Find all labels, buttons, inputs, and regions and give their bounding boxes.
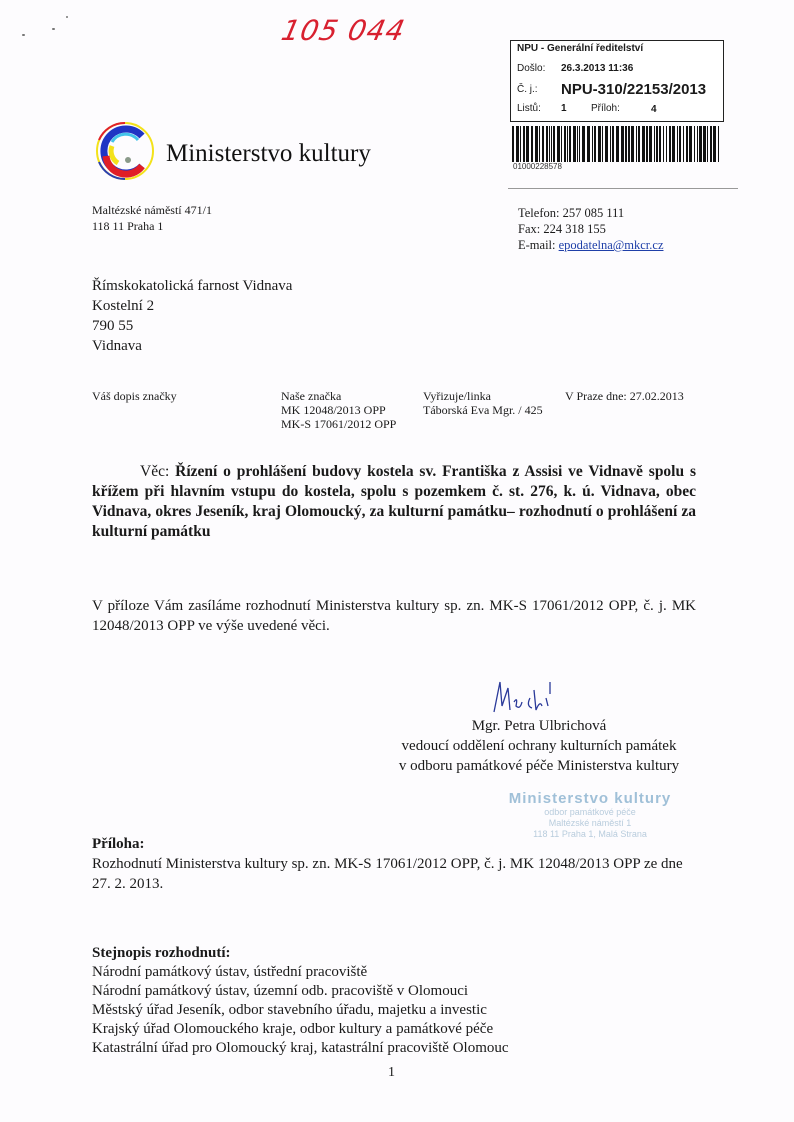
subject-label: Věc: <box>140 463 169 480</box>
fax: Fax: 224 318 155 <box>518 221 664 237</box>
handled-by-value: Táborská Eva Mgr. / 425 <box>423 403 543 417</box>
ministry-address: Maltézské náměstí 471/1 118 11 Praha 1 <box>92 202 212 234</box>
ref-label: Č. j.: <box>517 84 538 95</box>
address-line: Maltézské náměstí 471/1 <box>92 202 212 218</box>
handwritten-signature-icon <box>480 676 560 716</box>
our-ref: Naše značka MK 12048/2013 OPP MK-S 17061… <box>281 389 396 431</box>
stamp-organization: NPU - Generální ředitelství <box>517 43 643 54</box>
handwritten-registry-number: 105 044 <box>278 14 408 47</box>
subject: Věc: Řízení o prohlášení budovy kostela … <box>92 462 696 542</box>
received-value: 26.3.2013 11:36 <box>561 63 633 74</box>
email-link[interactable]: epodatelna@mkcr.cz <box>559 238 664 252</box>
handled-by-label: Vyřizuje/linka <box>423 389 543 403</box>
copy-recipient: Národní památkový ústav, ústřední pracov… <box>92 963 509 982</box>
phone: Telefon: 257 085 111 <box>518 205 664 221</box>
scan-speck <box>22 34 25 36</box>
copies-section: Stejnopis rozhodnutí: Národní památkový … <box>92 944 509 1058</box>
email-line: E-mail: epodatelna@mkcr.cz <box>518 237 664 253</box>
recipient-street: Kostelní 2 <box>92 296 292 316</box>
stamp-title: Ministerstvo kultury <box>490 790 690 807</box>
official-ink-stamp: Ministerstvo kultury odbor památkové péč… <box>490 790 690 840</box>
copy-recipient: Národní památkový ústav, územní odb. pra… <box>92 982 509 1001</box>
scan-speck <box>52 28 55 30</box>
ministry-logo-icon <box>94 120 156 182</box>
ref-number: NPU-310/22153/2013 <box>561 81 706 98</box>
recipient-city: Vidnava <box>92 336 292 356</box>
copy-recipient: Městský úřad Jeseník, odbor stavebního ú… <box>92 1001 509 1020</box>
recipient-address: Římskokatolická farnost Vidnava Kostelní… <box>92 276 292 356</box>
attachments-value: 4 <box>651 104 657 115</box>
your-ref-label: Váš dopis značky <box>92 389 177 403</box>
scan-speck <box>66 16 68 18</box>
sheets-label: Listů: <box>517 103 541 114</box>
ministry-name: Ministerstvo kultury <box>166 140 371 168</box>
signatory: Mgr. Petra Ulbrichová vedoucí oddělení o… <box>356 716 722 776</box>
signatory-name: Mgr. Petra Ulbrichová <box>356 716 722 736</box>
our-ref-label: Naše značka <box>281 389 396 403</box>
attachments-label: Příloh: <box>591 103 620 114</box>
registry-stamp: NPU - Generální ředitelství Došlo: 26.3.… <box>510 40 724 122</box>
handled-by: Vyřizuje/linka Táborská Eva Mgr. / 425 <box>423 389 543 417</box>
letter-body: V příloze Vám zasíláme rozhodnutí Minist… <box>92 596 696 636</box>
stamp-line: Maltézské náměstí 1 <box>490 818 690 829</box>
ministry-contact: Telefon: 257 085 111 Fax: 224 318 155 E-… <box>518 205 664 253</box>
received-label: Došlo: <box>517 63 545 74</box>
divider <box>508 188 738 189</box>
sheets-value: 1 <box>561 103 567 114</box>
attachment-heading: Příloha: <box>92 834 702 854</box>
address-line: 118 11 Praha 1 <box>92 218 212 234</box>
barcode-number: 01000228578 <box>513 162 562 171</box>
email-label: E-mail: <box>518 238 559 252</box>
copy-recipient: Katastrální úřad pro Olomoucký kraj, kat… <box>92 1039 509 1058</box>
recipient-zip: 790 55 <box>92 316 292 336</box>
signatory-position: vedoucí oddělení ochrany kulturních pamá… <box>356 736 722 756</box>
recipient-name: Římskokatolická farnost Vidnava <box>92 276 292 296</box>
place-date: V Praze dne: 27.02.2013 <box>565 389 684 403</box>
our-ref-1: MK 12048/2013 OPP <box>281 403 396 417</box>
attachment-section: Příloha: Rozhodnutí Ministerstva kultury… <box>92 834 702 894</box>
attachment-text: Rozhodnutí Ministerstva kultury sp. zn. … <box>92 854 702 894</box>
copy-recipient: Krajský úřad Olomouckého kraje, odbor ku… <box>92 1020 509 1039</box>
page-number: 1 <box>388 1065 395 1081</box>
barcode <box>512 126 722 162</box>
stamp-line: odbor památkové péče <box>490 807 690 818</box>
copies-heading: Stejnopis rozhodnutí: <box>92 944 509 963</box>
subject-text: Řízení o prohlášení budovy kostela sv. F… <box>92 463 696 540</box>
signatory-department: v odboru památkové péče Ministerstva kul… <box>356 756 722 776</box>
our-ref-2: MK-S 17061/2012 OPP <box>281 417 396 431</box>
